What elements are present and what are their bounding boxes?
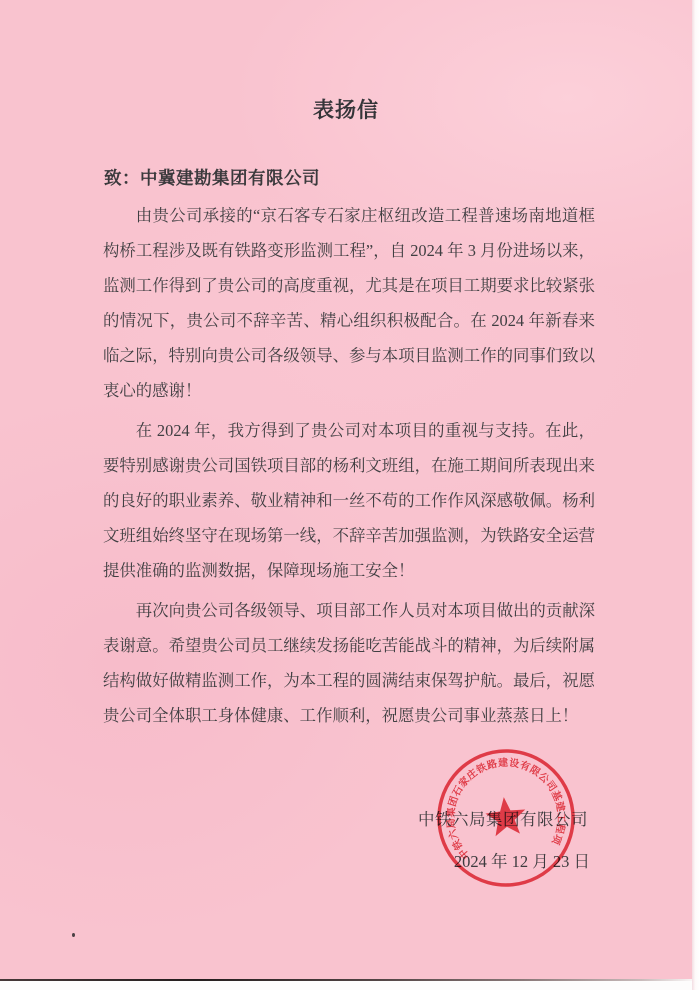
letter-body: 由贵公司承接的“京石客专石家庄枢纽改造工程普速场南地道框构桥工程涉及既有铁路变形… <box>103 198 595 738</box>
seal-arc-text: 中铁六局集团石家庄铁路建设有限公司基建工程项目部 <box>416 728 572 866</box>
letter-page: 表扬信 致：中冀建勘集团有限公司 由贵公司承接的“京石客专石家庄枢纽改造工程普速… <box>0 0 692 979</box>
company-seal-stamp: 中铁六局集团石家庄铁路建设有限公司基建工程项目部 <box>416 728 596 908</box>
letter-title: 表扬信 <box>0 94 692 124</box>
letter-paragraph: 由贵公司承接的“京石客专石家庄枢纽改造工程普速场南地道框构桥工程涉及既有铁路变形… <box>103 198 595 408</box>
svg-text:中铁六局集团石家庄铁路建设有限公司基建工程项目部: 中铁六局集团石家庄铁路建设有限公司基建工程项目部 <box>416 728 572 866</box>
letter-paragraph: 再次向贵公司各级领导、项目部工作人员对本项目做出的贡献深表谢意。希望贵公司员工继… <box>103 593 595 733</box>
scan-edge-right <box>692 0 700 990</box>
star-icon <box>484 795 528 837</box>
letter-paragraph: 在 2024 年，我方得到了贵公司对本项目的重视与支持。在此，要特别感谢贵公司国… <box>103 413 595 588</box>
recipient-line: 致：中冀建勘集团有限公司 <box>104 165 320 190</box>
scanned-letter-screenshot: 表扬信 致：中冀建勘集团有限公司 由贵公司承接的“京石客专石家庄枢纽改造工程普速… <box>0 0 700 990</box>
scan-edge-bottom <box>0 981 700 990</box>
scan-artifact-dot <box>72 933 75 937</box>
